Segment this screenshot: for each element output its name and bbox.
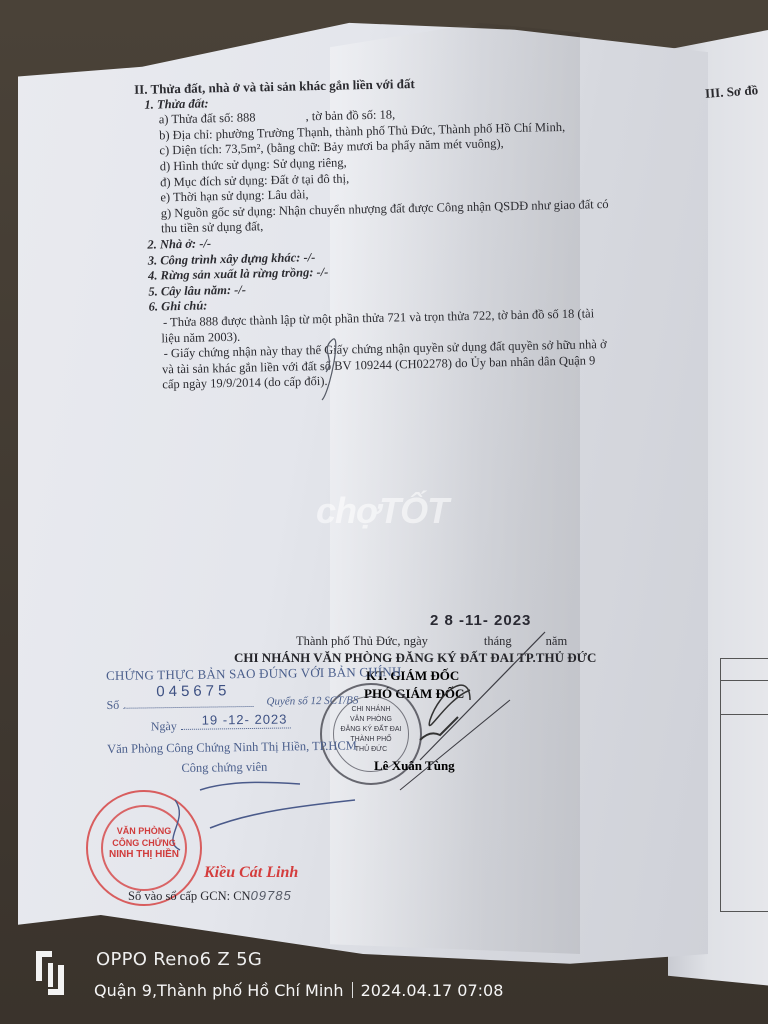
document-body: II. Thửa đất, nhà ở và tài sản khác gắn …	[130, 71, 666, 394]
camera-datetime: 2024.04.17 07:08	[361, 981, 504, 1000]
date-place-label: Thành phố Thủ Đức, ngày	[296, 634, 428, 648]
gcn-label: Số vào sổ cấp GCN: CN	[128, 889, 251, 903]
notary-signature-name: Kiều Cát Linh	[204, 864, 298, 882]
gcn-registry-number: Số vào sổ cấp GCN: CN09785	[128, 888, 292, 904]
diagram-table	[720, 658, 768, 912]
notary-role: Công chứng viên	[181, 760, 267, 776]
notary-seal-text: VĂN PHÒNG CÔNG CHỨNG NINH THỊ HIỀN	[106, 825, 182, 861]
table-rule	[721, 714, 768, 715]
so-field: Số	[106, 696, 257, 713]
camera-location-time: Quận 9,Thành phố Hồ Chí Minh2024.04.17 0…	[94, 981, 503, 1000]
camera-device: OPPO Reno6 Z 5G	[96, 949, 262, 970]
date-year-label: năm	[546, 634, 568, 648]
date-month-label: tháng	[484, 634, 512, 648]
certification-date: 19 -12- 2023	[202, 711, 288, 727]
gcn-handwritten-number: 09785	[251, 888, 292, 903]
issuing-organization: CHI NHÁNH VĂN PHÒNG ĐĂNG KÝ ĐẤT ĐAI TP.T…	[234, 650, 596, 666]
seal-text: CHI NHÁNH VĂN PHÒNG ĐĂNG KÝ ĐẤT ĐAI THÀN…	[336, 705, 406, 755]
issue-date-stamp: 2 8 -11- 2023	[430, 612, 531, 629]
chotot-watermark: chợTỐT	[316, 490, 448, 532]
table-rule	[721, 680, 768, 681]
signer-name: Lê Xuân Tùng	[374, 758, 455, 774]
camera-location: Quận 9,Thành phố Hồ Chí Minh	[94, 981, 344, 1000]
camera-logo-icon	[36, 951, 64, 995]
issue-date-line: Thành phố Thủ Đức, ngàythángnăm	[296, 634, 567, 649]
